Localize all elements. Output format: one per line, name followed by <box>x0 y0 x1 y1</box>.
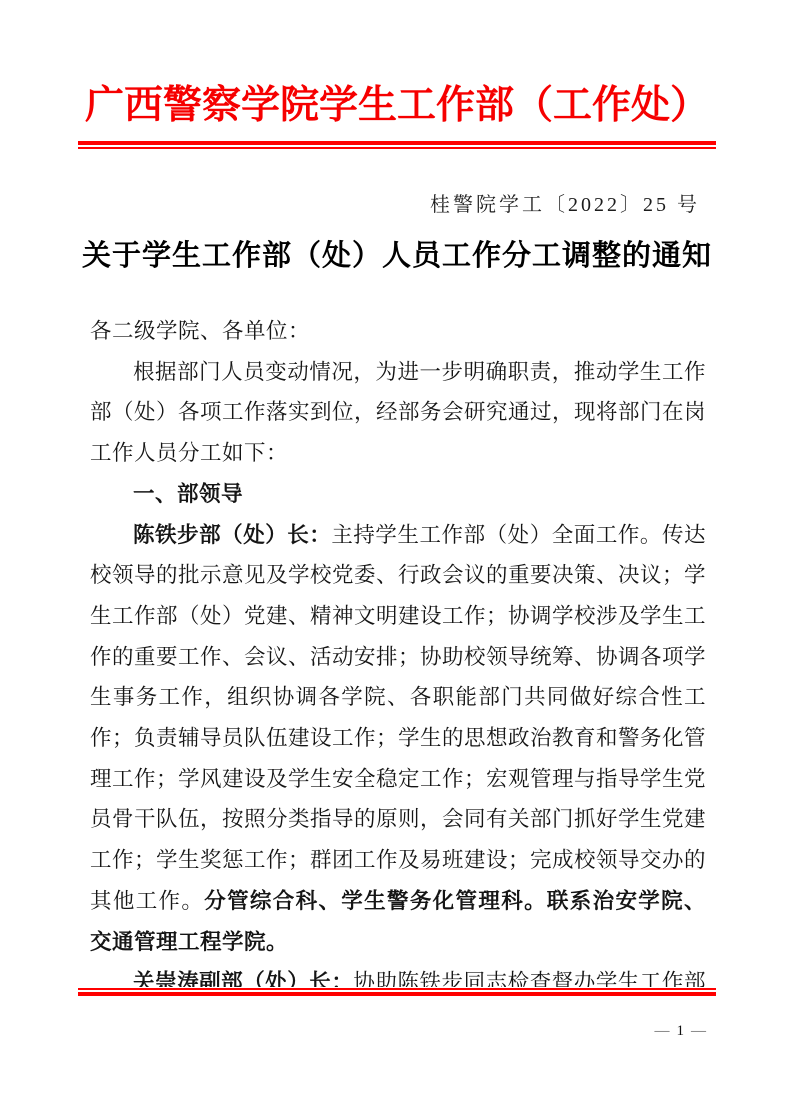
page-number: —1— <box>655 1023 707 1040</box>
paragraph-chen-lead: 陈铁步部（处）长： <box>133 523 331 547</box>
document-title: 关于学生工作部（处）人员工作分工调整的通知 <box>0 233 794 274</box>
red-divider-top <box>78 141 716 149</box>
document-page: 广西警察学院学生工作部（工作处） 桂警院学工〔2022〕25 号 关于学生工作部… <box>0 0 794 1108</box>
red-divider-top-thick-line <box>78 141 716 145</box>
red-divider-bottom <box>78 988 716 996</box>
page-number-right-dash: — <box>691 1023 706 1039</box>
document-number: 桂警院学工〔2022〕25 号 <box>430 188 700 217</box>
document-body: 各二级学院、各单位： 根据部门人员变动情况，为进一步明确职责，推动学生工作部（处… <box>90 311 706 987</box>
page-number-left-dash: — <box>655 1023 670 1039</box>
page-number-value: 1 <box>677 1023 685 1039</box>
masthead-title: 广西警察学院学生工作部（工作处） <box>0 74 794 130</box>
paragraph-guan-lead: 关崇涛副部（处）长： <box>133 970 353 987</box>
red-divider-bottom-thin-line <box>78 988 716 990</box>
paragraph-chen: 陈铁步部（处）长：主持学生工作部（处）全面工作。传达校领导的批示意见及学校党委、… <box>90 515 706 963</box>
paragraph-chen-duties: 主持学生工作部（处）全面工作。传达校领导的批示意见及学校党委、行政会议的重要决策… <box>90 523 706 913</box>
red-divider-bottom-thick-line <box>78 992 716 996</box>
red-divider-top-thin-line <box>78 147 716 149</box>
section-heading: 一、部领导 <box>90 474 706 515</box>
intro-paragraph: 根据部门人员变动情况，为进一步明确职责，推动学生工作部（处）各项工作落实到位，经… <box>90 352 706 474</box>
salutation-line: 各二级学院、各单位： <box>90 311 706 352</box>
paragraph-guan: 关崇涛副部（处）长：协助陈铁步同志检查督办学生工作部（处）重要工作落实情况；分管… <box>90 962 706 987</box>
